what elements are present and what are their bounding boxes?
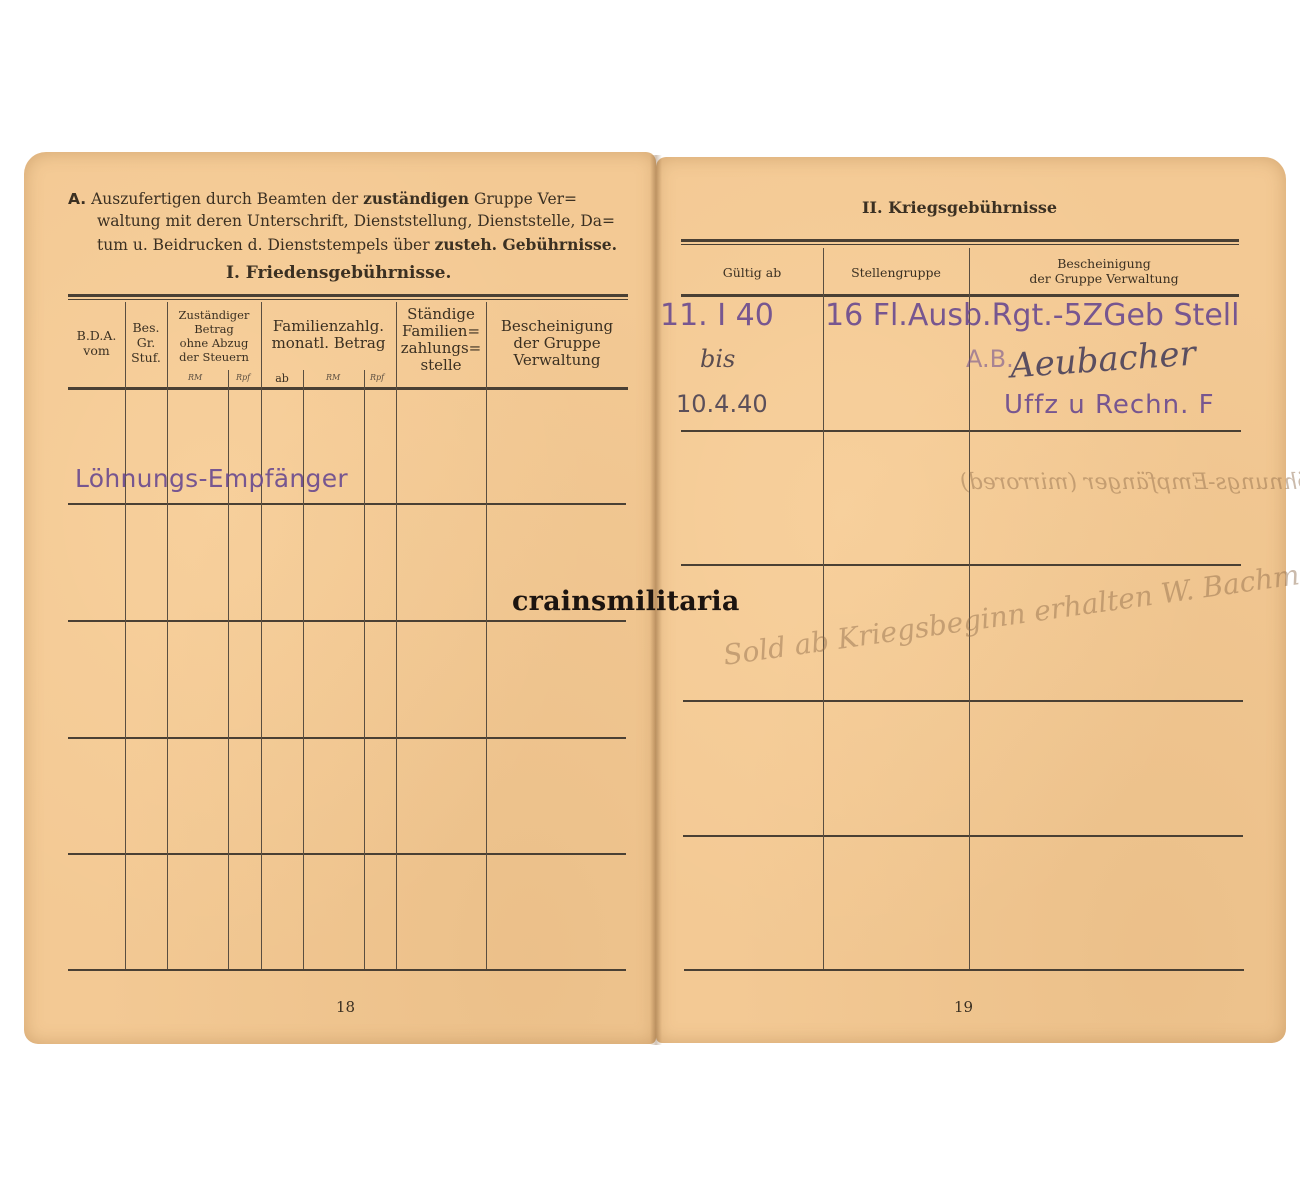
intro-text: tum u. Beidrucken d. Dienststempels über [97, 236, 430, 254]
header-line: Stuf. [125, 350, 167, 365]
intro-prefix: A. [68, 190, 86, 208]
header-line: Betrag [167, 322, 261, 336]
header-bda: B.D.A. vom [68, 328, 125, 358]
table-row-divider [68, 969, 626, 971]
header-line: vom [68, 343, 125, 358]
header-line: Zuständiger [167, 308, 261, 322]
table-row-divider [68, 620, 626, 622]
header-line: der Gruppe Verwaltung [969, 271, 1239, 286]
table-row-divider [68, 503, 626, 505]
intro-text: Gruppe Ver= [474, 190, 577, 208]
subheader-ab: ab [261, 371, 303, 386]
header-line: Familien= [396, 323, 486, 340]
column-divider [125, 302, 126, 969]
bleedthrough-stamp: Löhnungs-Empfänger (mirrored) [960, 470, 1300, 495]
table-row-divider [683, 700, 1243, 702]
table-rule [68, 294, 628, 297]
table-row-divider [68, 737, 626, 739]
intro-line-2: waltung mit deren Unterschrift, Dienstst… [97, 210, 615, 233]
column-divider [228, 370, 229, 969]
header-line: Ständige [396, 306, 486, 323]
header-line: B.D.A. [68, 328, 125, 343]
column-divider [261, 302, 262, 969]
header-line: stelle [396, 357, 486, 374]
column-divider [303, 370, 304, 969]
column-divider [486, 302, 487, 969]
column-divider [396, 302, 397, 969]
stamp-rank: Uffz u Rechn. F [1004, 390, 1215, 420]
table-row-divider [68, 853, 626, 855]
stamp-loehnungs-empfaenger: Löhnungs-Empfänger [75, 464, 348, 493]
table-rule [68, 387, 628, 390]
header-line: der Steuern [167, 350, 261, 364]
stamp-ab-prefix: A.B. [966, 345, 1014, 373]
handwritten-bis: bis [700, 345, 735, 373]
column-divider [823, 248, 824, 969]
header-line: Gr. [125, 335, 167, 350]
header-line: Familienzahlg. [261, 318, 396, 335]
intro-text: Auszufertigen durch Beamten der [91, 190, 358, 208]
section-title-peace: I. Friedensgebührnisse. [226, 263, 451, 283]
table-rule [68, 299, 628, 300]
table-row-divider [683, 835, 1243, 837]
stamp-valid-from: 11. I 40 [660, 298, 774, 333]
table-row-divider [684, 969, 1244, 971]
subheader-rpf: Rpf [236, 373, 250, 382]
header-line: der Gruppe [486, 335, 628, 352]
handwritten-valid-until: 10.4.40 [676, 390, 768, 418]
column-divider [364, 370, 365, 969]
header-line: Bescheinigung [486, 318, 628, 335]
header-line: ohne Abzug [167, 336, 261, 350]
header-zahlungsstelle: Ständige Familien= zahlungs= stelle [396, 306, 486, 374]
header-stellengruppe: Stellengruppe [823, 265, 969, 280]
table-row-divider [681, 564, 1241, 566]
header-besgr: Bes. Gr. Stuf. [125, 320, 167, 365]
header-bescheinigung: Bescheinigung der Gruppe Verwaltung [969, 256, 1239, 286]
watermark: crainsmilitaria [512, 586, 740, 617]
header-line: Bes. [125, 320, 167, 335]
subheader-rpf: Rpf [370, 373, 384, 382]
header-line: Verwaltung [486, 352, 628, 369]
intro-bold: zuständigen [363, 189, 469, 208]
intro-line-1: A. Auszufertigen durch Beamten der zustä… [68, 187, 577, 211]
header-line: Bescheinigung [969, 256, 1239, 271]
stamp-unit: 16 Fl.Ausb.Rgt.-5ZGeb Stell [825, 298, 1239, 333]
header-gueltig-ab: Gültig ab [681, 265, 823, 280]
table-rule [681, 244, 1239, 245]
intro-bold: zusteh. Gebührnisse. [435, 235, 617, 254]
header-line: zahlungs= [396, 340, 486, 357]
page-number-left: 18 [336, 998, 355, 1016]
header-familienzahlg: Familienzahlg. monatl. Betrag [261, 318, 396, 352]
table-rule [681, 294, 1239, 297]
page-number-right: 19 [954, 998, 973, 1016]
header-line: monatl. Betrag [261, 335, 396, 352]
table-rule [681, 239, 1239, 242]
section-title-war: II. Kriegsgebührnisse [862, 198, 1057, 217]
subheader-rm: RM [188, 373, 202, 382]
header-betrag: Zuständiger Betrag ohne Abzug der Steuer… [167, 308, 261, 364]
header-bescheinigung: Bescheinigung der Gruppe Verwaltung [486, 318, 628, 369]
column-divider [167, 302, 168, 969]
subheader-rm: RM [326, 373, 340, 382]
table-row-divider [681, 430, 1241, 432]
intro-line-3: tum u. Beidrucken d. Dienststempels über… [97, 233, 617, 257]
